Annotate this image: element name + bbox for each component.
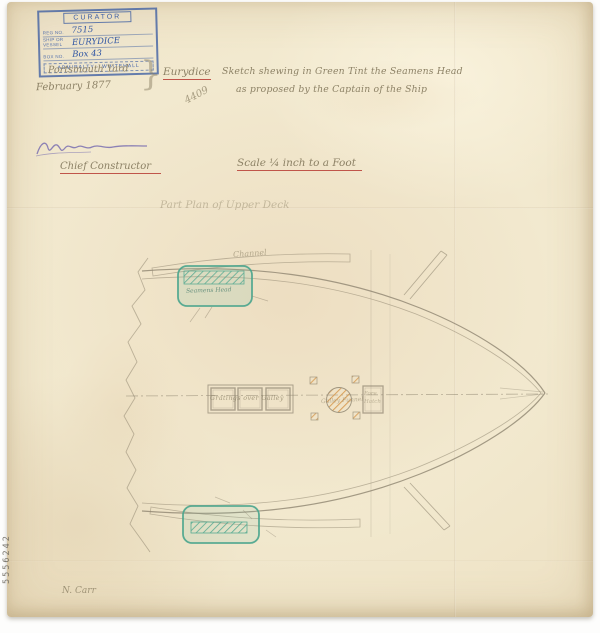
seamens-head-bottom <box>183 497 276 543</box>
gratings-label: Gratings over Galley <box>210 395 284 402</box>
brace-mark: } <box>140 54 162 94</box>
stamp-box-value: Box 43 <box>72 49 102 60</box>
scale-annotation: Scale ¼ inch to a Foot <box>237 157 362 171</box>
stamp-box-label: Box No. <box>43 55 69 61</box>
title-line2: as proposed by the Captain of the Ship <box>236 84 427 95</box>
stamp-reg-value: 7515 <box>71 25 93 36</box>
negative-number-stamp: 5556242 <box>2 520 12 584</box>
stamp-ship-label: Ship or Vessel <box>43 38 69 49</box>
signature-role-label: Chief Constructor <box>60 161 161 174</box>
yard-annotation: Portsmouth Yard <box>48 63 129 75</box>
stamp-ship-value: EURYDICE <box>72 36 120 48</box>
title-line1: Sketch shewing in Green Tint the Seamens… <box>222 66 463 77</box>
bottom-pencil-note: N. Carr <box>62 586 96 596</box>
fore-hatch-label: Fore Hatch <box>364 390 382 407</box>
cathead-spars <box>404 251 450 530</box>
stamp-row-box: Box No. Box 43 <box>43 47 153 62</box>
chief-constructor-signature <box>33 136 151 160</box>
plan-title: Part Plan of Upper Deck <box>160 199 290 211</box>
stamp-title: CURATOR <box>63 11 131 24</box>
stamp-reg-label: Reg No. <box>43 31 69 37</box>
document-scan: CURATOR Reg No. 7515 Ship or Vessel EURY… <box>0 0 600 633</box>
torn-edge <box>124 258 150 552</box>
ship-name-annotation: Eurydice <box>163 66 211 80</box>
